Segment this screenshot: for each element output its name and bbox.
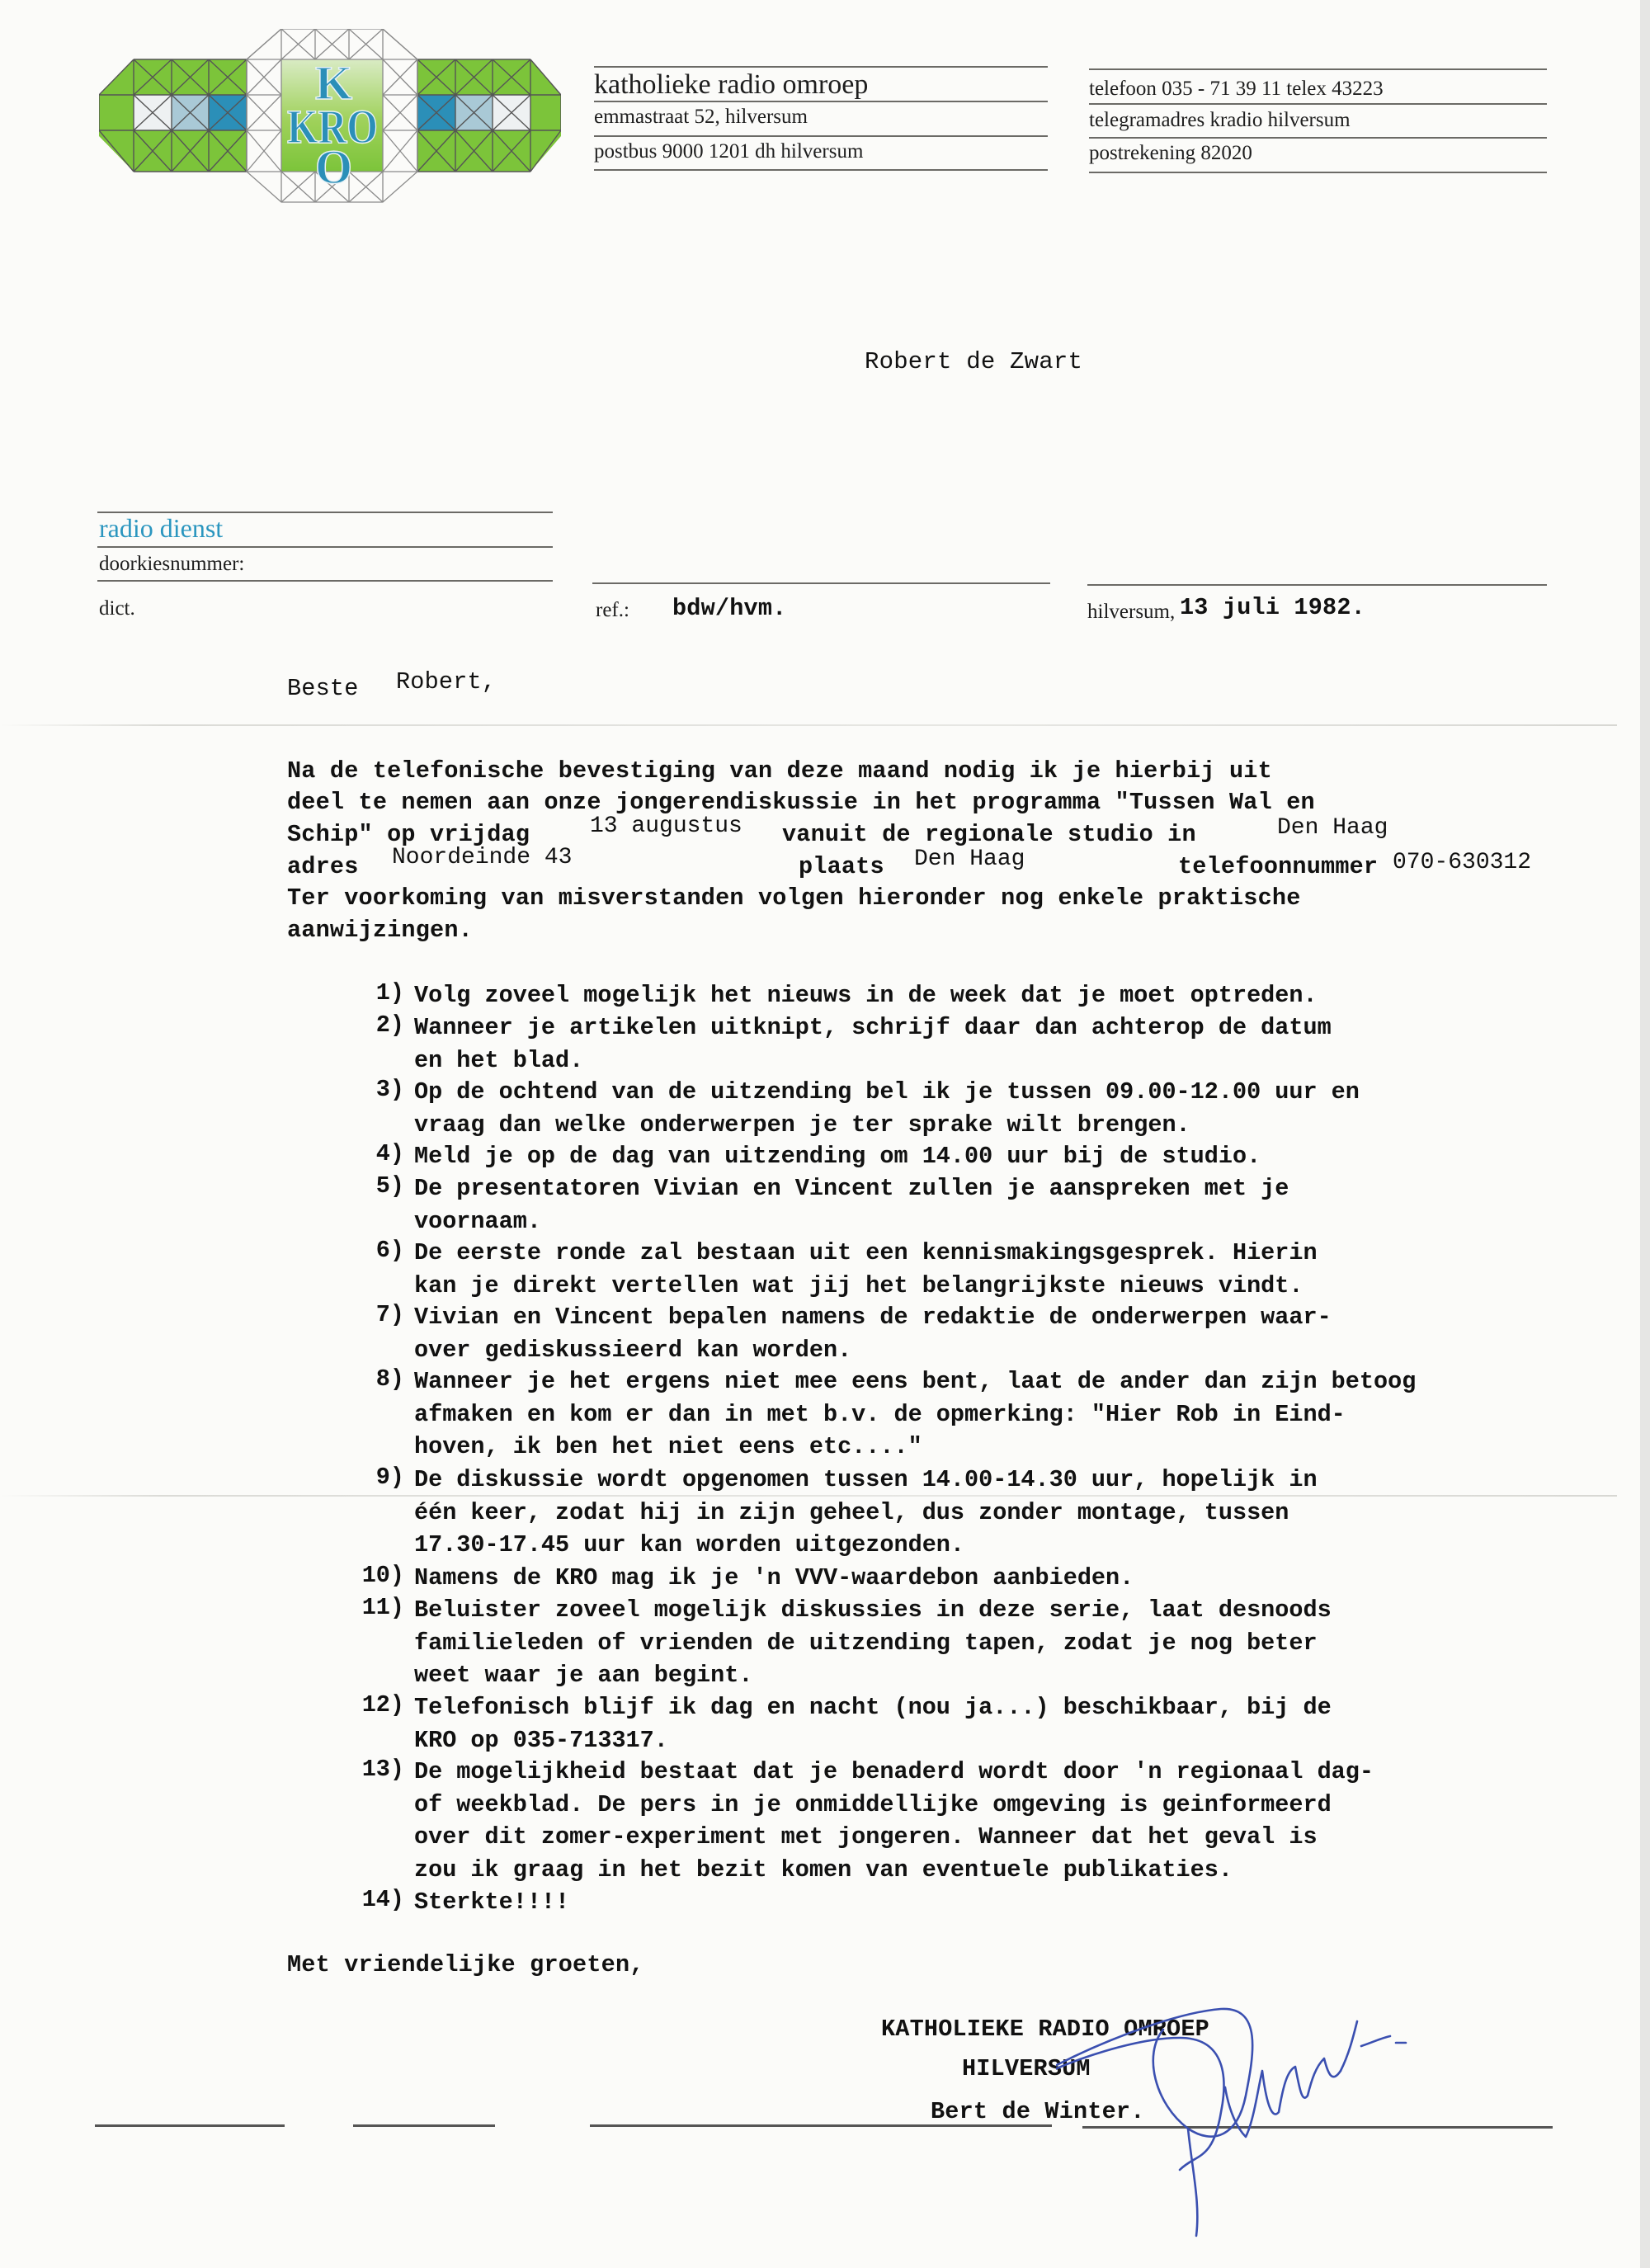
kro-logo: K KRO O [99,29,561,206]
footer-rule [590,2124,1052,2127]
broadcast-date: 13 augustus [590,813,742,839]
letterhead-rule [1089,68,1547,70]
letterhead-rule [594,135,1048,137]
instruction-text: Meld je op de dag van uitzending om 14.0… [414,1140,1261,1173]
studio-city: Den Haag [1277,815,1388,841]
plaats-label: plaats [799,853,884,880]
letterhead-rule [594,101,1048,102]
instruction-number: 8) [346,1365,404,1393]
letter-date: 13 juli 1982. [1180,594,1365,621]
instruction-number: 4) [346,1140,404,1167]
org-address: emmastraat 52, hilversum [594,106,808,129]
instruction-text: De diskussie wordt opgenomen tussen 14.0… [414,1464,1318,1562]
form-rule [97,546,553,548]
salutation-prefix: Beste [287,675,359,702]
closing-greeting: Met vriendelijke groeten, [287,1951,644,1978]
department-label: radio dienst [99,513,223,544]
instruction-text: Volg zoveel mogelijk het nieuws in de we… [414,979,1318,1012]
org-postbox: postbus 9000 1201 dh hilversum [594,140,863,163]
studio-phone: 070-630312 [1393,850,1531,875]
letterhead-rule [594,169,1048,171]
instruction-text: Vivian en Vincent bepalen namens de reda… [414,1301,1332,1366]
instruction-text: Telefonisch blijf ik dag en nacht (nou j… [414,1691,1332,1756]
instruction-text: Namens de KRO mag ik je 'n VVV-waardebon… [414,1562,1134,1595]
letterhead-rule [1089,172,1547,173]
org-name: katholieke radio omroep [594,69,868,101]
org-phone: telefoon 035 - 71 39 11 telex 43223 [1089,78,1384,101]
ref-label: ref.: [596,599,629,622]
instruction-number: 7) [346,1301,404,1328]
paper-fold-line [0,724,1617,726]
instruction-number: 14) [346,1886,404,1913]
instruction-number: 1) [346,979,404,1007]
instruction-number: 6) [346,1237,404,1264]
studio-place: Den Haag [914,846,1025,872]
instruction-text: Sterkte!!!! [414,1886,569,1919]
footer-rule [95,2124,285,2127]
intro-line: deel te nemen aan onze jongerendiskussie… [287,789,1315,816]
telefoon-label: telefoonnummer [1178,853,1378,880]
footer-rule [353,2124,495,2127]
org-giro: postrekening 82020 [1089,142,1252,165]
handwritten-signature [1056,1988,1485,2252]
intro-line: Na de telefonische bevestiging van deze … [287,757,1272,785]
instruction-number: 10) [346,1562,404,1589]
intro-line: vanuit de regionale studio in [782,821,1196,848]
svg-text:O: O [315,140,352,194]
instruction-text: De eerste ronde zal bestaan uit een kenn… [414,1237,1318,1302]
instruction-number: 5) [346,1172,404,1200]
dict-label: dict. [99,597,135,620]
page-edge-shadow [1640,0,1650,2268]
instruction-number: 13) [346,1756,404,1783]
intro-line: aanwijzingen. [287,917,473,944]
instruction-text: Beluister zoveel mogelijk diskussies in … [414,1594,1332,1692]
form-rule [592,582,1050,584]
salutation-name: Robert, [396,668,496,695]
form-rule [1087,584,1547,586]
letterhead-rule [594,66,1048,68]
instruction-text: Op de ochtend van de uitzending bel ik j… [414,1076,1360,1141]
instruction-text: De mogelijkheid bestaat dat je benaderd … [414,1756,1374,1886]
letterhead-rule [1089,103,1547,105]
instruction-number: 9) [346,1464,404,1491]
form-rule [97,580,553,582]
instruction-number: 3) [346,1076,404,1103]
ref-value: bdw/hvm. [672,595,786,622]
letterhead-rule [1089,137,1547,139]
instruction-text: De presentatoren Vivian en Vincent zulle… [414,1172,1289,1238]
place-label: hilversum, [1087,601,1175,624]
instruction-text: Wanneer je het ergens niet mee eens bent… [414,1365,1416,1464]
studio-address: Noordeinde 43 [392,845,572,870]
instruction-number: 12) [346,1691,404,1719]
instruction-number: 2) [346,1011,404,1039]
instruction-number: 11) [346,1594,404,1621]
adres-label: adres [287,853,359,880]
intro-line: Ter voorkoming van misverstanden volgen … [287,884,1301,912]
extension-label: doorkiesnummer: [99,553,244,576]
instruction-text: Wanneer je artikelen uitknipt, schrijf d… [414,1011,1332,1077]
recipient-name: Robert de Zwart [865,348,1082,375]
org-telegram: telegramadres kradio hilversum [1089,109,1351,132]
